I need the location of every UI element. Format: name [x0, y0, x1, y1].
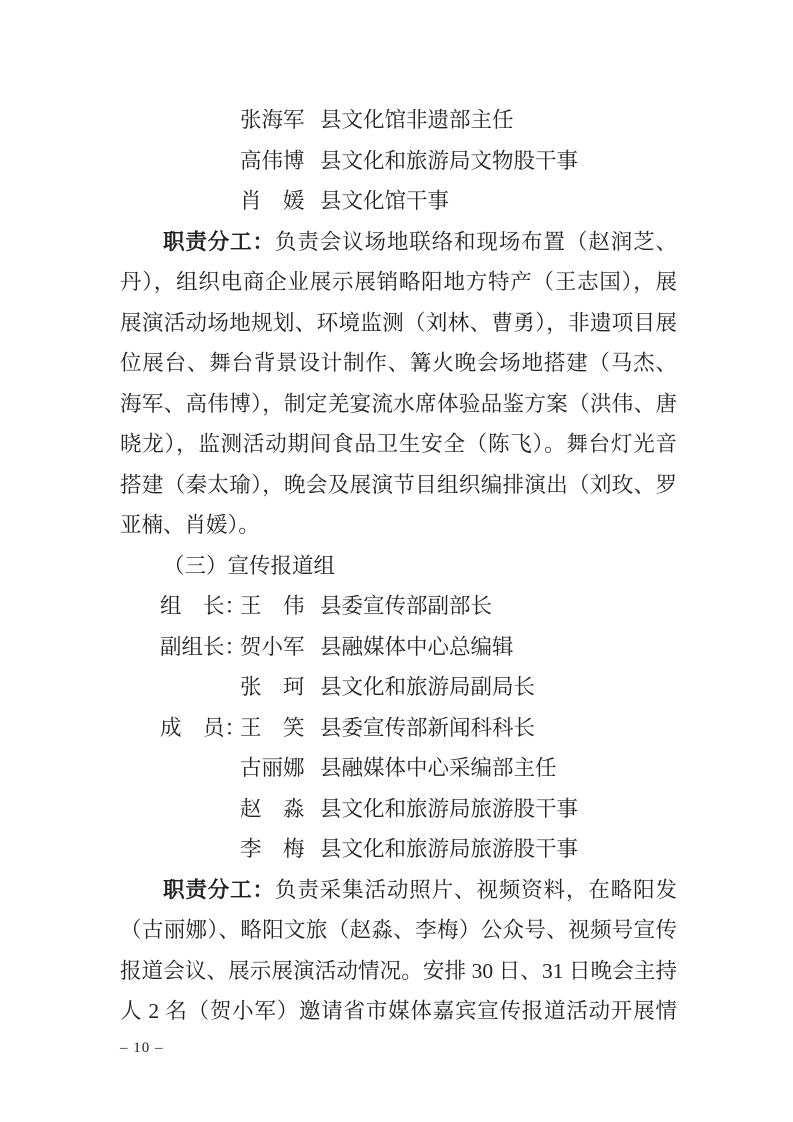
roster-row: 副组长： 贺小军 县融媒体中心总编辑	[120, 627, 677, 668]
roster-title: 县融媒体中心总编辑	[320, 627, 677, 668]
roster-role-label: 组 长：	[160, 586, 240, 627]
roster-row: 张 珂 县文化和旅游局副局长	[120, 667, 677, 708]
roster-title: 县融媒体中心采编部主任	[320, 748, 677, 789]
roster-name: 李 梅	[240, 829, 320, 870]
duty-paragraph-1-line: 海军、高伟博），制定羌宴流水席体验品鉴方案（洪伟、唐	[120, 384, 677, 425]
member-label	[160, 141, 240, 182]
duty-paragraph-1-line: 搭建（秦太瑜），晚会及展演节目组织编排演出（刘玫、罗	[120, 465, 677, 506]
roster-name: 古丽娜	[240, 748, 320, 789]
roster-title: 县委宣传部副部长	[320, 586, 677, 627]
roster-row: 李 梅 县文化和旅游局旅游股干事	[120, 829, 677, 870]
member-row: 张海军 县文化馆非遗部主任	[120, 100, 677, 141]
duty-heading-label: 职责分工：	[163, 878, 275, 902]
document-body: 张海军 县文化馆非遗部主任 高伟博 县文化和旅游局文物股干事 肖 媛 县文化馆干…	[120, 100, 677, 1032]
member-title: 县文化馆非遗部主任	[320, 100, 677, 141]
roster-row: 古丽娜 县融媒体中心采编部主任	[120, 748, 677, 789]
page-number: – 10 –	[120, 1036, 164, 1060]
duty-paragraph-1-line: 丹），组织电商企业展示展销略阳地方特产（王志国），展示	[120, 262, 677, 303]
member-label	[160, 100, 240, 141]
roster-role-label	[160, 748, 240, 789]
duty-heading-label: 职责分工：	[163, 230, 275, 254]
duty-paragraph-2-line: 人 2 名（贺小军）邀请省市媒体嘉宾宣传报道活动开展情况	[120, 991, 677, 1032]
roster-row: 赵 淼 县文化和旅游局旅游股干事	[120, 789, 677, 830]
roster-title: 县文化和旅游局旅游股干事	[320, 789, 677, 830]
roster-name: 贺小军	[240, 627, 320, 668]
member-title: 县文化馆干事	[320, 181, 677, 222]
roster-role-label	[160, 667, 240, 708]
roster-row: 成 员： 王 笑 县委宣传部新闻科科长	[120, 708, 677, 749]
roster-name: 王 笑	[240, 708, 320, 749]
duty-paragraph-2-line: 职责分工：负责采集活动照片、视频资料，在略阳发布	[120, 870, 677, 911]
document-page: 张海军 县文化馆非遗部主任 高伟博 县文化和旅游局文物股干事 肖 媛 县文化馆干…	[0, 0, 793, 1122]
duty-paragraph-2-line: （古丽娜）、略阳文旅（赵淼、李梅）公众号、视频号宣传	[120, 910, 677, 951]
roster-title: 县文化和旅游局副局长	[320, 667, 677, 708]
member-name: 张海军	[240, 100, 320, 141]
duty-paragraph-1-line: 展演活动场地规划、环境监测（刘林、曹勇），非遗项目展	[120, 303, 677, 344]
roster-row: 组 长： 王 伟 县委宣传部副部长	[120, 586, 677, 627]
duty-paragraph-1-line: 亚楠、肖媛）。	[120, 505, 677, 546]
duty-paragraph-1-line: 位展台、舞台背景设计制作、篝火晚会场地搭建（马杰、张	[120, 343, 677, 384]
member-name: 高伟博	[240, 141, 320, 182]
duty-paragraph-1-line: 晓龙），监测活动期间食品卫生安全（陈飞）。舞台灯光音响	[120, 424, 677, 465]
roster-name: 张 珂	[240, 667, 320, 708]
roster-role-label	[160, 829, 240, 870]
member-row: 高伟博 县文化和旅游局文物股干事	[120, 141, 677, 182]
member-name: 肖 媛	[240, 181, 320, 222]
member-row: 肖 媛 县文化馆干事	[120, 181, 677, 222]
member-label	[160, 181, 240, 222]
member-title: 县文化和旅游局文物股干事	[320, 141, 677, 182]
section-heading: （三）宣传报道组	[120, 546, 677, 587]
roster-name: 王 伟	[240, 586, 320, 627]
roster-title: 县委宣传部新闻科科长	[320, 708, 677, 749]
roster-role-label	[160, 789, 240, 830]
roster-name: 赵 淼	[240, 789, 320, 830]
roster-role-label: 副组长：	[160, 627, 240, 668]
roster-title: 县文化和旅游局旅游股干事	[320, 829, 677, 870]
duty-paragraph-2-line: 报道会议、展示展演活动情况。安排 30 日、31 日晚会主持	[120, 951, 677, 992]
roster-role-label: 成 员：	[160, 708, 240, 749]
duty-paragraph-1-line: 职责分工：负责会议场地联络和现场布置（赵润芝、吴	[120, 222, 677, 263]
